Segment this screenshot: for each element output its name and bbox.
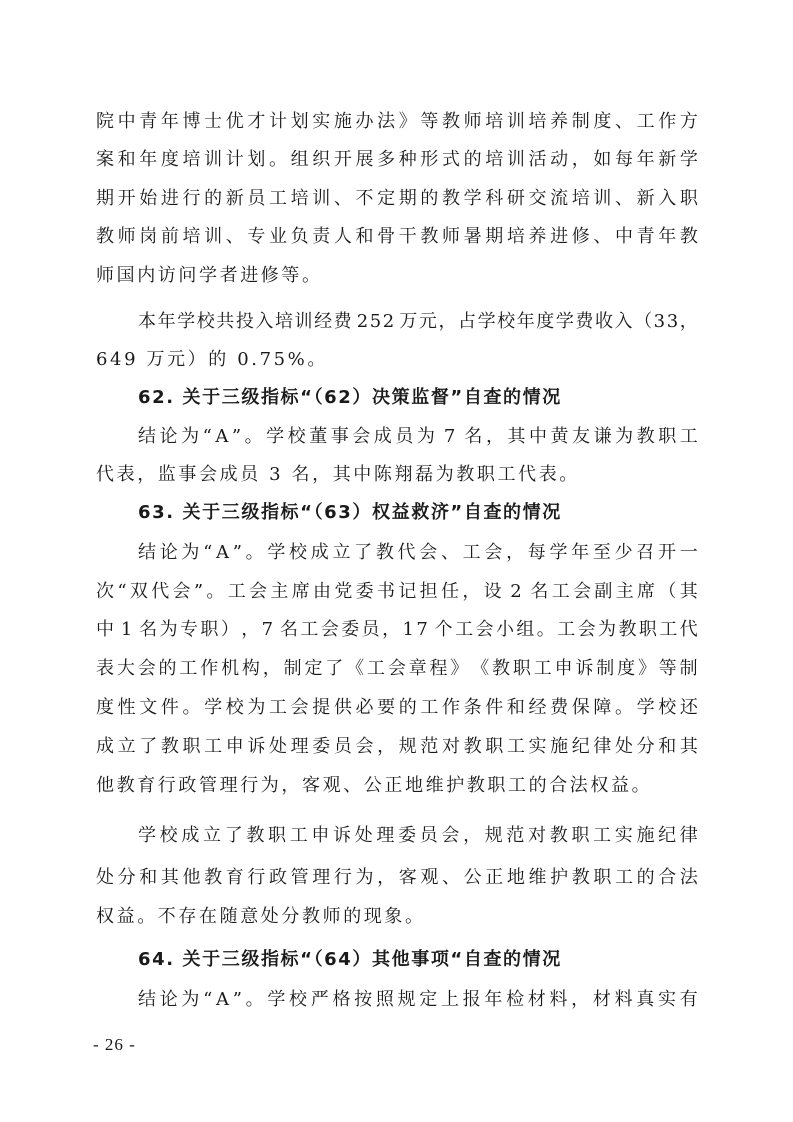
text-line: 他教育行政管理行为，客观、公正地维护教职工的合法权益。	[96, 773, 698, 799]
section-heading: 62. 关于三级指标“（62）决策监督”自查的情况	[138, 385, 698, 411]
text-line: 表大会的工作机构，制定了《工会章程》《教职工申诉制度》等制	[96, 656, 698, 682]
text-line: 度性文件。学校为工会提供必要的工作条件和经费保障。学校还	[96, 695, 698, 721]
section-heading: 64. 关于三级指标“（64）其他事项“自查的情况	[138, 947, 698, 973]
text-line: 教师岗前培训、专业负责人和骨干教师暑期培养进修、中青年教	[96, 224, 698, 250]
text-line: 期开始进行的新员工培训、不定期的教学科研交流培训、新入职	[96, 186, 698, 212]
text-line: 结论为“A”。学校严格按照规定上报年检材料，材料真实有	[138, 987, 698, 1013]
text-line: 本年学校共投入培训经费 252 万元，占学校年度学费收入（33，	[138, 309, 698, 335]
page-number: - 26 -	[93, 1033, 136, 1057]
text-line: 次“双代会”。工会主席由党委书记担任，设 2 名工会副主席（其	[96, 579, 698, 605]
document-page: 院中青年博士优才计划实施办法》等教师培训培养制度、工作方案和年度培训计划。组织开…	[0, 0, 793, 1122]
text-line: 处分和其他教育行政管理行为，客观、公正地维护教职工的合法	[96, 865, 698, 891]
text-line: 649 万元）的 0.75%。	[96, 347, 698, 373]
text-line: 代表，监事会成员 3 名，其中陈翔磊为教职工代表。	[96, 462, 698, 488]
text-line: 权益。不存在随意处分教师的现象。	[96, 904, 698, 930]
text-line: 成立了教职工申诉处理委员会，规范对教职工实施纪律处分和其	[96, 734, 698, 760]
text-line: 中 1 名为专职），7 名工会委员，17 个工会小组。工会为教职工代	[96, 617, 698, 643]
text-line: 院中青年博士优才计划实施办法》等教师培训培养制度、工作方	[96, 109, 698, 135]
text-line: 案和年度培训计划。组织开展多种形式的培训活动，如每年新学	[96, 147, 698, 173]
text-line: 学校成立了教职工申诉处理委员会，规范对教职工实施纪律	[138, 823, 698, 849]
text-line: 师国内访问学者进修等。	[96, 263, 698, 289]
text-line: 结论为“A”。学校董事会成员为 7 名，其中黄友谦为教职工	[138, 424, 698, 450]
section-heading: 63. 关于三级指标“（63）权益救济”自查的情况	[138, 500, 698, 526]
text-line: 结论为“A”。学校成立了教代会、工会，每学年至少召开一	[138, 540, 698, 566]
